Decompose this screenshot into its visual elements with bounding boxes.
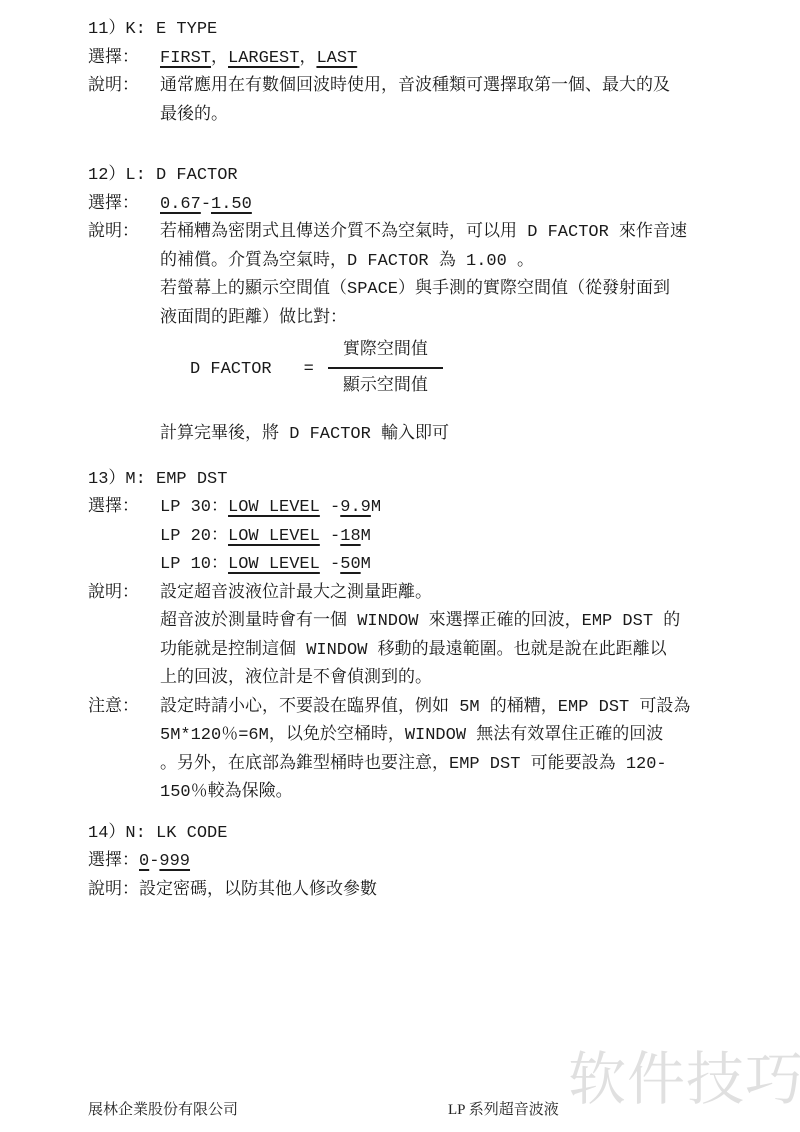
underlined-text: LAST: [316, 49, 357, 68]
text-line: 設定密碼，以防其他人修改參數: [139, 877, 760, 906]
underlined-text: 0: [139, 852, 149, 871]
row-label: 說明：: [88, 877, 139, 906]
text-line: FIRST，LARGEST，LAST: [160, 45, 760, 74]
text-span: 150％較為保險。: [160, 783, 293, 802]
fraction: 實際空間值顯示空間值: [328, 341, 443, 397]
text-span: 上的回波，液位計是不會偵測到的。: [160, 669, 432, 688]
text-line: 功能就是控制這個 WINDOW 移動的最遠範圍。也就是說在此距離以: [160, 637, 760, 666]
underlined-text: LOW LEVEL: [228, 527, 320, 546]
text-line: 150％較為保險。: [160, 779, 760, 808]
underlined-text: LOW LEVEL: [228, 498, 320, 517]
text-row: 選擇：LP 30：LOW LEVEL -9.9MLP 20：LOW LEVEL …: [88, 494, 760, 580]
underlined-text: LOW LEVEL: [228, 555, 320, 574]
text-row: 選擇：FIRST，LARGEST，LAST: [88, 45, 760, 74]
section-13: 13）M: EMP DST選擇：LP 30：LOW LEVEL -9.9MLP …: [88, 466, 760, 808]
text-span: -: [149, 852, 159, 871]
text-span: 液面間的距離）做比對：: [160, 309, 347, 328]
text-line: LP 10：LOW LEVEL -50M: [160, 551, 760, 580]
text-span: 若螢幕上的顯示空間值（SPACE）與手測的實際空間值（從發射面到: [160, 280, 670, 299]
text-span: -: [320, 527, 340, 546]
text-span: LP 30：: [160, 498, 228, 517]
document-page: 11）K: E TYPE選擇：FIRST，LARGEST，LAST說明：通常應用…: [0, 0, 800, 1132]
row-content: FIRST，LARGEST，LAST: [160, 45, 760, 74]
equals-sign: =: [304, 360, 314, 379]
row-content: LP 30：LOW LEVEL -9.9MLP 20：LOW LEVEL -18…: [160, 494, 760, 580]
underlined-text: FIRST: [160, 49, 211, 68]
text-row: 說明：設定超音波液位計最大之測量距離。超音波於測量時會有一個 WINDOW 來選…: [88, 580, 760, 694]
text-line: 最後的。: [160, 102, 760, 131]
underlined-text: 18: [340, 527, 360, 546]
fraction-numerator: 實際空間值: [328, 341, 443, 367]
text-span: 若桶糟為密閉式且傳送介質不為空氣時，可以用 D FACTOR 來作音速: [160, 223, 687, 242]
row-label: 說明：: [88, 73, 160, 102]
text-span: 設定密碼，以防其他人修改參數: [139, 881, 377, 900]
underlined-text: LARGEST: [228, 49, 299, 68]
document-content: 11）K: E TYPE選擇：FIRST，LARGEST，LAST說明：通常應用…: [88, 16, 760, 905]
text-span: M: [361, 555, 371, 574]
text-line: 超音波於測量時會有一個 WINDOW 來選擇正確的回波，EMP DST 的: [160, 608, 760, 637]
text-line: 0.67-1.50: [160, 191, 760, 220]
text-line: 。另外，在底部為錐型桶時也要注意，EMP DST 可能要設為 120-: [160, 751, 760, 780]
formula: D FACTOR=實際空間值顯示空間值: [190, 341, 760, 397]
underlined-text: 1.50: [211, 195, 252, 214]
text-span: 超音波於測量時會有一個 WINDOW 來選擇正確的回波，EMP DST 的: [160, 612, 680, 631]
text-span: ，: [211, 49, 228, 68]
text-span: 通常應用在有數個回波時使用，音波種類可選擇取第一個、最大的及: [160, 77, 670, 96]
text-span: -: [320, 555, 340, 574]
text-line: 通常應用在有數個回波時使用，音波種類可選擇取第一個、最大的及: [160, 73, 760, 102]
underlined-text: 0.67: [160, 195, 201, 214]
text-span: 最後的。: [160, 106, 228, 125]
text-span: -: [320, 498, 340, 517]
section-title: 11）K: E TYPE: [88, 16, 760, 45]
text-row: 注意：設定時請小心，不要設在臨界值，例如 5M 的桶糟，EMP DST 可設為5…: [88, 694, 760, 808]
text-span: M: [361, 527, 371, 546]
text-line: LP 20：LOW LEVEL -18M: [160, 523, 760, 552]
text-line: 設定超音波液位計最大之測量距離。: [160, 580, 760, 609]
text-span: 的補償。介質為空氣時，D FACTOR 為 1.00 。: [160, 252, 534, 271]
row-content: 設定時請小心，不要設在臨界值，例如 5M 的桶糟，EMP DST 可設為5M*1…: [160, 694, 760, 808]
text-span: LP 20：: [160, 527, 228, 546]
row-content: 設定密碼，以防其他人修改參數: [139, 877, 760, 906]
text-line: 的補償。介質為空氣時，D FACTOR 為 1.00 。: [160, 248, 760, 277]
section-title: 14）N: LK CODE: [88, 820, 760, 849]
text-span: M: [371, 498, 381, 517]
section-title: 12）L: D FACTOR: [88, 162, 760, 191]
text-span: 。另外，在底部為錐型桶時也要注意，EMP DST 可能要設為 120-: [160, 755, 667, 774]
section-11: 11）K: E TYPE選擇：FIRST，LARGEST，LAST說明：通常應用…: [88, 16, 760, 130]
text-row: 選擇：0-999: [88, 848, 760, 877]
text-row: 說明：通常應用在有數個回波時使用，音波種類可選擇取第一個、最大的及最後的。: [88, 73, 760, 130]
row-label: 選擇：: [88, 191, 160, 220]
text-span: -: [201, 195, 211, 214]
text-span: 5M*120％=6M，以免於空桶時，WINDOW 無法有效罩住正確的回波: [160, 726, 663, 745]
row-label: 選擇：: [88, 494, 160, 523]
formula-lhs: D FACTOR: [190, 360, 272, 379]
section-title: 13）M: EMP DST: [88, 466, 760, 495]
row-label: 選擇：: [88, 848, 139, 877]
row-label: 選擇：: [88, 45, 160, 74]
row-content: 設定超音波液位計最大之測量距離。超音波於測量時會有一個 WINDOW 來選擇正確…: [160, 580, 760, 694]
text-span: 計算完畢後，將 D FACTOR 輸入即可: [160, 425, 449, 444]
text-line: LP 30：LOW LEVEL -9.9M: [160, 494, 760, 523]
text-line: 若桶糟為密閉式且傳送介質不為空氣時，可以用 D FACTOR 來作音速: [160, 219, 760, 248]
row-content: 0.67-1.50: [160, 191, 760, 220]
underlined-text: 9.9: [340, 498, 371, 517]
text-span: 功能就是控制這個 WINDOW 移動的最遠範圍。也就是說在此距離以: [160, 641, 667, 660]
text-span: 設定超音波液位計最大之測量距離。: [160, 584, 432, 603]
row-content: 計算完畢後，將 D FACTOR 輸入即可: [160, 421, 760, 450]
row-label: 注意：: [88, 694, 160, 723]
section-12: 12）L: D FACTOR選擇：0.67-1.50說明：若桶糟為密閉式且傳送介…: [88, 162, 760, 450]
row-content: 0-999: [139, 848, 760, 877]
section-14: 14）N: LK CODE選擇：0-999說明：設定密碼，以防其他人修改參數: [88, 820, 760, 906]
row-label: 說明：: [88, 580, 160, 609]
text-line: 0-999: [139, 848, 760, 877]
text-line: 液面間的距離）做比對：: [160, 305, 760, 334]
text-line: 若螢幕上的顯示空間值（SPACE）與手測的實際空間值（從發射面到: [160, 276, 760, 305]
text-row: 說明：設定密碼，以防其他人修改參數: [88, 877, 760, 906]
text-line: 上的回波，液位計是不會偵測到的。: [160, 665, 760, 694]
text-row: 計算完畢後，將 D FACTOR 輸入即可: [88, 421, 760, 450]
text-span: LP 10：: [160, 555, 228, 574]
text-line: 計算完畢後，將 D FACTOR 輸入即可: [160, 421, 760, 450]
fraction-denominator: 顯示空間值: [328, 367, 443, 397]
footer-document-title: LP 系列超音波液: [448, 1098, 559, 1119]
text-line: 5M*120％=6M，以免於空桶時，WINDOW 無法有效罩住正確的回波: [160, 722, 760, 751]
page-footer: 展林企業股份有限公司 LP 系列超音波液: [88, 1098, 760, 1119]
text-row: 選擇：0.67-1.50: [88, 191, 760, 220]
text-line: 設定時請小心，不要設在臨界值，例如 5M 的桶糟，EMP DST 可設為: [160, 694, 760, 723]
text-row: 說明：若桶糟為密閉式且傳送介質不為空氣時，可以用 D FACTOR 來作音速的補…: [88, 219, 760, 333]
row-content: 通常應用在有數個回波時使用，音波種類可選擇取第一個、最大的及最後的。: [160, 73, 760, 130]
underlined-text: 50: [340, 555, 360, 574]
text-span: 設定時請小心，不要設在臨界值，例如 5M 的桶糟，EMP DST 可設為: [160, 698, 690, 717]
underlined-text: 999: [159, 852, 190, 871]
text-span: ，: [299, 49, 316, 68]
row-label: 說明：: [88, 219, 160, 248]
footer-company-name: 展林企業股份有限公司: [88, 1102, 238, 1118]
row-content: 若桶糟為密閉式且傳送介質不為空氣時，可以用 D FACTOR 來作音速的補償。介…: [160, 219, 760, 333]
